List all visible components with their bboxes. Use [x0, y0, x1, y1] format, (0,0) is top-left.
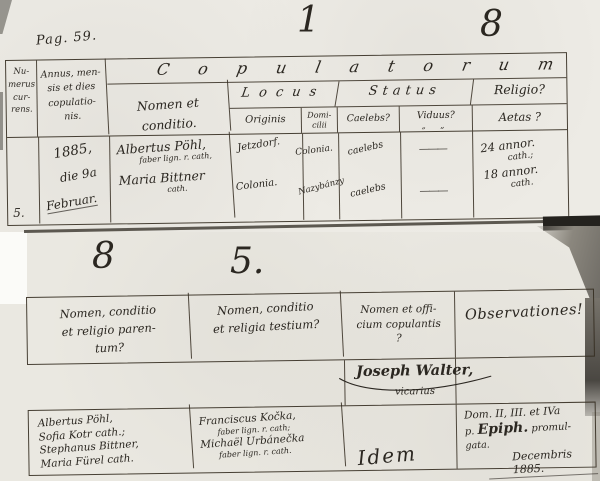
priest-signature: Joseph Walter, vicarius: [327, 359, 503, 399]
marriage-register-table-right: Nomen, conditio et religio paren- tum? N…: [26, 289, 597, 476]
religion-age-cell: 24 annor. cath.; 18 annor. cath.: [469, 126, 572, 222]
scan-edge-shadow-top-left: [0, 0, 12, 34]
priest-name: Joseph Walter,: [356, 361, 473, 380]
domicile-cell: Colonia. Nazybánzy: [303, 133, 340, 219]
date-day: die 9a: [59, 165, 98, 185]
groom-widowed-dash: ———: [419, 142, 446, 155]
obs-epiph: Epiph.: [477, 420, 528, 438]
date-year: 1885,: [52, 140, 93, 162]
single-status-cell: caelebs caelebs: [339, 132, 402, 219]
header-right-group: Copulatorum Nomen et conditio. Locus Sta…: [107, 53, 567, 135]
page-background-gap: [0, 232, 27, 304]
header-line: ?: [343, 331, 454, 347]
header-cell-parentum: Nomen, conditio et religio paren- tum?: [26, 293, 193, 367]
scan-edge-shadow-left: [0, 92, 3, 150]
obs-word: p.: [464, 426, 474, 437]
year-digit-4: 5.: [230, 241, 264, 282]
header-line: cilii: [302, 120, 337, 130]
groom-origin: Jetzdorf.: [237, 136, 281, 153]
header-cell-viduus: Viduus? „ „: [400, 105, 473, 131]
header-cell-religio: Religio?: [472, 78, 566, 104]
origin-cell: Jetzdorf. Colonia.: [231, 134, 304, 221]
header-cell-status: Status: [336, 79, 474, 106]
observation-date: Decembris 1885.: [487, 446, 597, 480]
header-cell-nomen-conditio: Nomen et conditio.: [106, 80, 231, 139]
entry-number-cell: 5.: [7, 138, 40, 224]
bride-domicile: Nazybánzy: [297, 176, 345, 198]
header-line: Nomen et offi-: [343, 302, 454, 318]
copulatorum-title: Copulatorum: [155, 54, 584, 79]
parents-cell: Albertus Pöhl, Sofia Kotr cath.; Stephan…: [27, 404, 194, 479]
marriage-entry-row: 5. 1885, die 9a Februar. Albertus Pöhl, …: [7, 130, 568, 224]
header-cell-copulantis: Nomen et offi- cium copulantis ?: [343, 292, 456, 360]
bride-widowed-dash: ———: [419, 184, 446, 197]
header-cell-caelebs: Caelebs?: [338, 106, 400, 132]
year-digit-3: 8: [92, 236, 115, 277]
page-number: Pag. 59.: [35, 28, 97, 48]
widowed-status-cell: ——— ———: [401, 131, 475, 218]
table-right-header-row: Nomen, conditio et religio paren- tum? N…: [26, 289, 595, 365]
groom-status: caelebs: [346, 139, 384, 158]
ditto-marks: „ „: [400, 121, 472, 132]
observations-cell: Dom. II, III. et IVa p. Epiph. promul- g…: [455, 400, 597, 471]
header-cell-numerus: Nu- merus cur- rens.: [6, 61, 38, 137]
signature-band: Joseph Walter, vicarius: [27, 357, 596, 410]
marriage-register-table-left: Nu- merus cur- rens. Annus, men- sis et …: [5, 52, 569, 226]
header-line: merus: [6, 78, 37, 91]
year-digit-2: 8: [480, 4, 503, 45]
header-cell-domicilii: Domi- cilii: [302, 107, 338, 133]
bride-origin: Colonia.: [235, 177, 278, 193]
priest-title: vicarius: [327, 385, 502, 399]
date-month: Februar.: [45, 191, 98, 215]
header-cell-originis: Originis: [230, 108, 302, 134]
bride-status: caelebs: [349, 181, 387, 200]
officiant-cell: Idem: [345, 405, 458, 471]
header-line: cur-: [6, 91, 37, 104]
marriage-date-cell: 1885, die 9a Februar.: [39, 137, 111, 224]
header-cell-locus: Locus: [227, 81, 339, 108]
header-line: Nu-: [6, 66, 37, 79]
entry-number: 5.: [13, 206, 25, 220]
entry-details-row: Albertus Pöhl, Sofia Kotr cath.; Stephan…: [28, 402, 597, 476]
header-line: cium copulantis: [343, 316, 454, 332]
witnesses-cell: Franciscus Kočka, faber lign. r. cath; M…: [191, 402, 347, 476]
header-line: Domi-: [302, 110, 337, 120]
obs-word: promul-: [531, 422, 571, 435]
header-line: rens.: [7, 104, 38, 117]
officiant-idem: Idem: [356, 441, 417, 470]
header-cell-observationes: Observationes!: [453, 287, 595, 360]
header-cell-testium: Nomen, conditio et religia testium?: [189, 291, 345, 364]
scan-left-page: Pag. 59. 1 8 Nu- merus cur- rens. Annus,…: [0, 0, 600, 232]
table-left-header-row: Nu- merus cur- rens. Annus, men- sis et …: [6, 53, 567, 138]
header-cell-annus: Annus, men- sis et dies copulatio- nis.: [36, 58, 109, 137]
year-digit-1: 1: [297, 0, 320, 41]
spouses-names-cell: Albertus Pöhl, faber lign. r. cath, Mari…: [108, 132, 235, 226]
